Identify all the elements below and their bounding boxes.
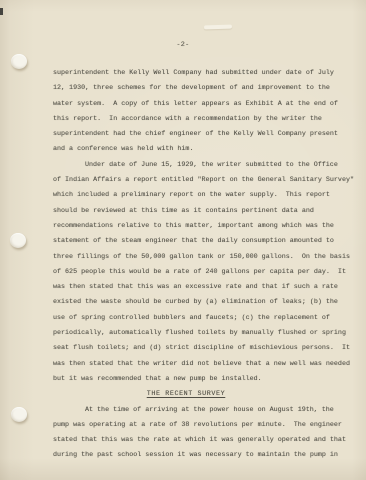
document-body: superintendent the Kelly Well Company ha… bbox=[53, 66, 355, 464]
text-line: pump was operating at a rate of 38 revol… bbox=[53, 418, 355, 433]
text-line: this report. In accordance with a recomm… bbox=[53, 112, 355, 127]
text-line: periodically, automatically flushed toil… bbox=[53, 326, 355, 341]
text-line: superintendent had the chief engineer of… bbox=[53, 127, 355, 142]
document-page: -2- superintendent the Kelly Well Compan… bbox=[0, 0, 366, 480]
text-line: of 625 people this would be a rate of 24… bbox=[53, 265, 355, 280]
text-line: should be reviewed at this time as it co… bbox=[53, 204, 355, 219]
punch-hole-middle bbox=[10, 233, 26, 248]
text-line: during the past school session it was ne… bbox=[53, 448, 355, 463]
text-line: was then stated that this was an excessi… bbox=[53, 280, 355, 295]
page-number: -2- bbox=[0, 41, 366, 49]
paper-scratch-mark bbox=[204, 25, 232, 30]
text-line: Under date of June 15, 1929, the writer … bbox=[53, 158, 355, 173]
text-line: stated that this was the rate at which i… bbox=[53, 433, 355, 448]
text-line: recommendations relative to this matter,… bbox=[53, 219, 355, 234]
punch-hole-top bbox=[11, 54, 27, 69]
text-line: water system. A copy of this letter appe… bbox=[53, 97, 355, 112]
text-line: statement of the steam engineer that the… bbox=[53, 234, 355, 249]
text-line: use of spring controlled bubblers and fa… bbox=[53, 311, 355, 326]
text-line: which included a preliminary report on t… bbox=[53, 188, 355, 203]
text-line: of Indian Affairs a report entitled "Rep… bbox=[53, 173, 355, 188]
section-heading: THE RECENT SURVEY bbox=[53, 387, 319, 402]
text-line: existed the waste should be curbed by (a… bbox=[53, 295, 355, 310]
text-line: was then stated that the writer did not … bbox=[53, 357, 355, 372]
text-line: superintendent the Kelly Well Company ha… bbox=[53, 66, 355, 81]
paper-edge-mark bbox=[0, 8, 3, 15]
text-line: 12, 1930, three schemes for the developm… bbox=[53, 81, 355, 96]
text-line: At the time of arriving at the power hou… bbox=[53, 403, 355, 418]
text-line: and a conference was held with him. bbox=[53, 142, 355, 157]
text-line: three fillings of the 50,000 gallon tank… bbox=[53, 250, 355, 265]
text-line: seat flush toilets; and (d) strict disci… bbox=[53, 341, 355, 356]
punch-hole-bottom bbox=[11, 407, 27, 422]
text-line: but it was recommended that a new pump b… bbox=[53, 372, 355, 387]
